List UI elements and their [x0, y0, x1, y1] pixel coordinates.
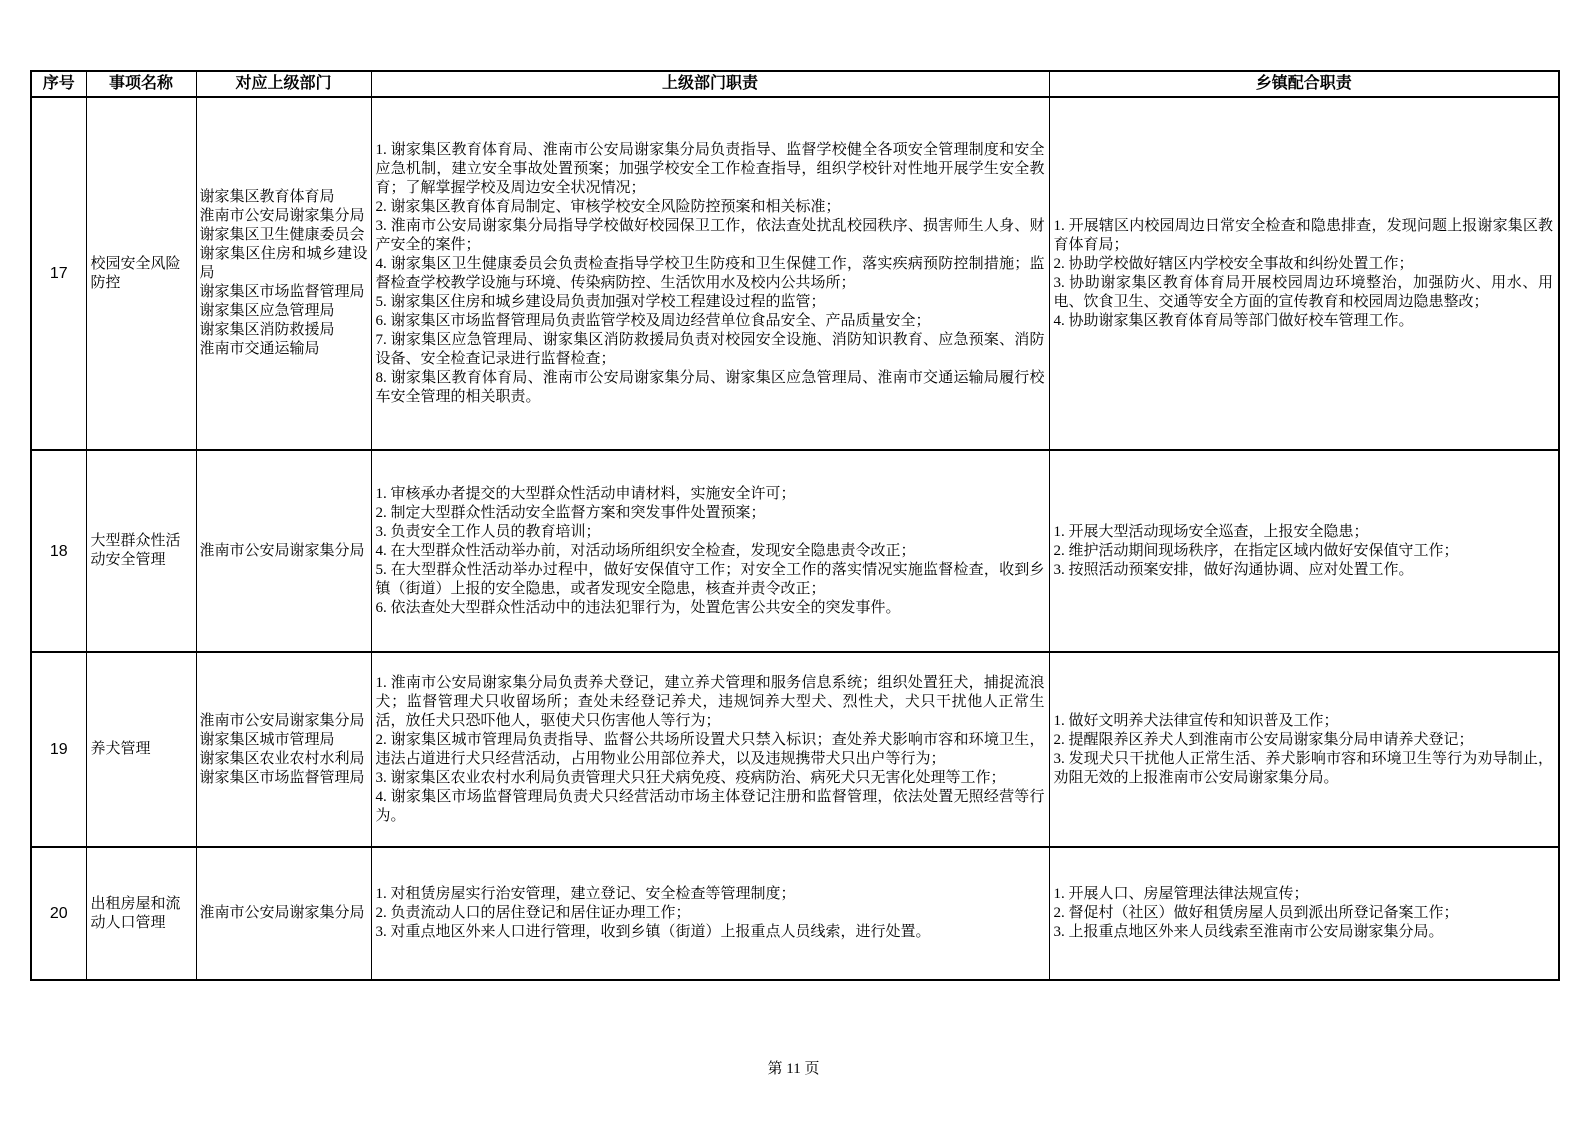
- township-duties-line: 1. 开展辖区内校园周边日常安全检查和隐患排查，发现问题上报谢家集区教育体育局；: [1054, 217, 1554, 255]
- superior-duties-cell: 1. 审核承办者提交的大型群众性活动申请材料，实施安全许可；2. 制定大型群众性…: [371, 450, 1049, 652]
- item-name-cell: 大型群众性活动安全管理: [86, 450, 196, 652]
- superior-duties-line: 4. 谢家集区卫生健康委员会负责检查指导学校卫生防疫和卫生保健工作，落实疾病预防…: [376, 255, 1045, 293]
- superior-duties-line: 5. 谢家集区住房和城乡建设局负责加强对学校工程建设过程的监管；: [376, 293, 1045, 312]
- departments-cell: 淮南市公安局谢家集分局: [196, 847, 371, 980]
- table-row: 19 养犬管理 淮南市公安局谢家集分局谢家集区城市管理局谢家集区农业农村水利局谢…: [31, 652, 1559, 847]
- item-name-cell: 校园安全风险防控: [86, 97, 196, 450]
- superior-duties-line: 3. 淮南市公安局谢家集分局指导学校做好校园保卫工作，依法查处扰乱校园秩序、损害…: [376, 217, 1045, 255]
- township-duties-line: 1. 开展人口、房屋管理法律法规宣传；: [1054, 885, 1554, 904]
- superior-duties-line: 3. 负责安全工作人员的教育培训；: [376, 523, 1045, 542]
- table-row: 17 校园安全风险防控 谢家集区教育体育局淮南市公安局谢家集分局谢家集区卫生健康…: [31, 97, 1559, 450]
- superior-duties-line: 2. 制定大型群众性活动安全监督方案和突发事件处置预案；: [376, 504, 1045, 523]
- superior-duties-cell: 1. 对租赁房屋实行治安管理，建立登记、安全检查等管理制度；2. 负责流动人口的…: [371, 847, 1049, 980]
- township-duties-line: 3. 上报重点地区外来人员线索至淮南市公安局谢家集分局。: [1054, 923, 1554, 942]
- superior-duties-line: 4. 在大型群众性活动举办前，对活动场所组织安全检查，发现安全隐患责令改正；: [376, 542, 1045, 561]
- table-body: 17 校园安全风险防控 谢家集区教育体育局淮南市公安局谢家集分局谢家集区卫生健康…: [31, 97, 1559, 980]
- departments-line: 谢家集区城市管理局: [200, 731, 368, 750]
- document-page: 序号 事项名称 对应上级部门 上级部门职责 乡镇配合职责 17 校园安全风险防控…: [0, 0, 1587, 1122]
- col-header-index: 序号: [31, 71, 86, 97]
- departments-line: 谢家集区住房和城乡建设局: [200, 245, 368, 283]
- departments-line: 谢家集区应急管理局: [200, 302, 368, 321]
- col-header-item-name: 事项名称: [86, 71, 196, 97]
- township-duties-line: 2. 协助学校做好辖区内学校安全事故和纠纷处置工作；: [1054, 255, 1554, 274]
- township-duties-line: 3. 按照活动预案安排，做好沟通协调、应对处置工作。: [1054, 561, 1554, 580]
- row-index-cell: 20: [31, 847, 86, 980]
- departments-line: 淮南市交通运输局: [200, 340, 368, 359]
- page-number: 第 11 页: [0, 1057, 1587, 1078]
- township-duties-line: 2. 督促村（社区）做好租赁房屋人员到派出所登记备案工作；: [1054, 904, 1554, 923]
- departments-line: 淮南市公安局谢家集分局: [200, 904, 368, 923]
- township-duties-line: 3. 协助谢家集区教育体育局开展校园周边环境整治，加强防火、用水、用电、饮食卫生…: [1054, 274, 1554, 312]
- superior-duties-line: 1. 谢家集区教育体育局、淮南市公安局谢家集分局负责指导、监督学校健全各项安全管…: [376, 141, 1045, 198]
- col-header-superior-dept: 对应上级部门: [196, 71, 371, 97]
- township-duties-cell: 1. 开展人口、房屋管理法律法规宣传；2. 督促村（社区）做好租赁房屋人员到派出…: [1049, 847, 1559, 980]
- departments-line: 谢家集区农业农村水利局: [200, 750, 368, 769]
- departments-line: 淮南市公安局谢家集分局: [200, 712, 368, 731]
- row-index-cell: 17: [31, 97, 86, 450]
- township-duties-line: 4. 协助谢家集区教育体育局等部门做好校车管理工作。: [1054, 312, 1554, 331]
- superior-duties-line: 8. 谢家集区教育体育局、淮南市公安局谢家集分局、谢家集区应急管理局、淮南市交通…: [376, 369, 1045, 407]
- row-index-cell: 18: [31, 450, 86, 652]
- row-index-cell: 19: [31, 652, 86, 847]
- superior-duties-cell: 1. 谢家集区教育体育局、淮南市公安局谢家集分局负责指导、监督学校健全各项安全管…: [371, 97, 1049, 450]
- superior-duties-line: 1. 审核承办者提交的大型群众性活动申请材料，实施安全许可；: [376, 485, 1045, 504]
- superior-duties-line: 5. 在大型群众性活动举办过程中，做好安保值守工作；对安全工作的落实情况实施监督…: [376, 561, 1045, 599]
- departments-line: 谢家集区市场监督管理局: [200, 283, 368, 302]
- departments-line: 淮南市公安局谢家集分局: [200, 542, 368, 561]
- departments-line: 谢家集区市场监督管理局: [200, 769, 368, 788]
- township-duties-cell: 1. 开展辖区内校园周边日常安全检查和隐患排查，发现问题上报谢家集区教育体育局；…: [1049, 97, 1559, 450]
- departments-line: 谢家集区教育体育局: [200, 188, 368, 207]
- item-name-cell: 养犬管理: [86, 652, 196, 847]
- departments-line: 谢家集区消防救援局: [200, 321, 368, 340]
- superior-duties-line: 7. 谢家集区应急管理局、谢家集区消防救援局负责对校园安全设施、消防知识教育、应…: [376, 331, 1045, 369]
- header-row: 序号 事项名称 对应上级部门 上级部门职责 乡镇配合职责: [31, 71, 1559, 97]
- departments-cell: 谢家集区教育体育局淮南市公安局谢家集分局谢家集区卫生健康委员会谢家集区住房和城乡…: [196, 97, 371, 450]
- superior-duties-line: 3. 对重点地区外来人口进行管理，收到乡镇（街道）上报重点人员线索，进行处置。: [376, 923, 1045, 942]
- superior-duties-line: 6. 谢家集区市场监督管理局负责监管学校及周边经营单位食品安全、产品质量安全；: [376, 312, 1045, 331]
- col-header-superior-duties: 上级部门职责: [371, 71, 1049, 97]
- responsibility-table: 序号 事项名称 对应上级部门 上级部门职责 乡镇配合职责 17 校园安全风险防控…: [30, 70, 1560, 981]
- superior-duties-line: 1. 淮南市公安局谢家集分局负责养犬登记，建立养犬管理和服务信息系统；组织处置狂…: [376, 674, 1045, 731]
- township-duties-line: 2. 维护活动期间现场秩序，在指定区域内做好安保值守工作；: [1054, 542, 1554, 561]
- superior-duties-cell: 1. 淮南市公安局谢家集分局负责养犬登记，建立养犬管理和服务信息系统；组织处置狂…: [371, 652, 1049, 847]
- departments-line: 谢家集区卫生健康委员会: [200, 226, 368, 245]
- superior-duties-line: 1. 对租赁房屋实行治安管理，建立登记、安全检查等管理制度；: [376, 885, 1045, 904]
- superior-duties-line: 2. 负责流动人口的居住登记和居住证办理工作；: [376, 904, 1045, 923]
- col-header-township-duties: 乡镇配合职责: [1049, 71, 1559, 97]
- superior-duties-line: 6. 依法查处大型群众性活动中的违法犯罪行为，处置危害公共安全的突发事件。: [376, 599, 1045, 618]
- township-duties-line: 1. 开展大型活动现场安全巡查，上报安全隐患；: [1054, 523, 1554, 542]
- township-duties-line: 2. 提醒限养区养犬人到淮南市公安局谢家集分局申请养犬登记；: [1054, 731, 1554, 750]
- superior-duties-line: 3. 谢家集区农业农村水利局负责管理犬只狂犬病免疫、疫病防治、病死犬只无害化处理…: [376, 769, 1045, 788]
- township-duties-cell: 1. 开展大型活动现场安全巡查，上报安全隐患；2. 维护活动期间现场秩序，在指定…: [1049, 450, 1559, 652]
- township-duties-line: 1. 做好文明养犬法律宣传和知识普及工作；: [1054, 712, 1554, 731]
- departments-line: 淮南市公安局谢家集分局: [200, 207, 368, 226]
- superior-duties-line: 2. 谢家集区教育体育局制定、审核学校安全风险防控预案和相关标准；: [376, 198, 1045, 217]
- township-duties-line: 3. 发现犬只干扰他人正常生活、养犬影响市容和环境卫生等行为劝导制止，劝阻无效的…: [1054, 750, 1554, 788]
- departments-cell: 淮南市公安局谢家集分局谢家集区城市管理局谢家集区农业农村水利局谢家集区市场监督管…: [196, 652, 371, 847]
- item-name-cell: 出租房屋和流动人口管理: [86, 847, 196, 980]
- table-row: 18 大型群众性活动安全管理 淮南市公安局谢家集分局 1. 审核承办者提交的大型…: [31, 450, 1559, 652]
- township-duties-cell: 1. 做好文明养犬法律宣传和知识普及工作；2. 提醒限养区养犬人到淮南市公安局谢…: [1049, 652, 1559, 847]
- departments-cell: 淮南市公安局谢家集分局: [196, 450, 371, 652]
- superior-duties-line: 4. 谢家集区市场监督管理局负责犬只经营活动市场主体登记注册和监督管理，依法处置…: [376, 788, 1045, 826]
- superior-duties-line: 2. 谢家集区城市管理局负责指导、监督公共场所设置犬只禁入标识；查处养犬影响市容…: [376, 731, 1045, 769]
- table-row: 20 出租房屋和流动人口管理 淮南市公安局谢家集分局 1. 对租赁房屋实行治安管…: [31, 847, 1559, 980]
